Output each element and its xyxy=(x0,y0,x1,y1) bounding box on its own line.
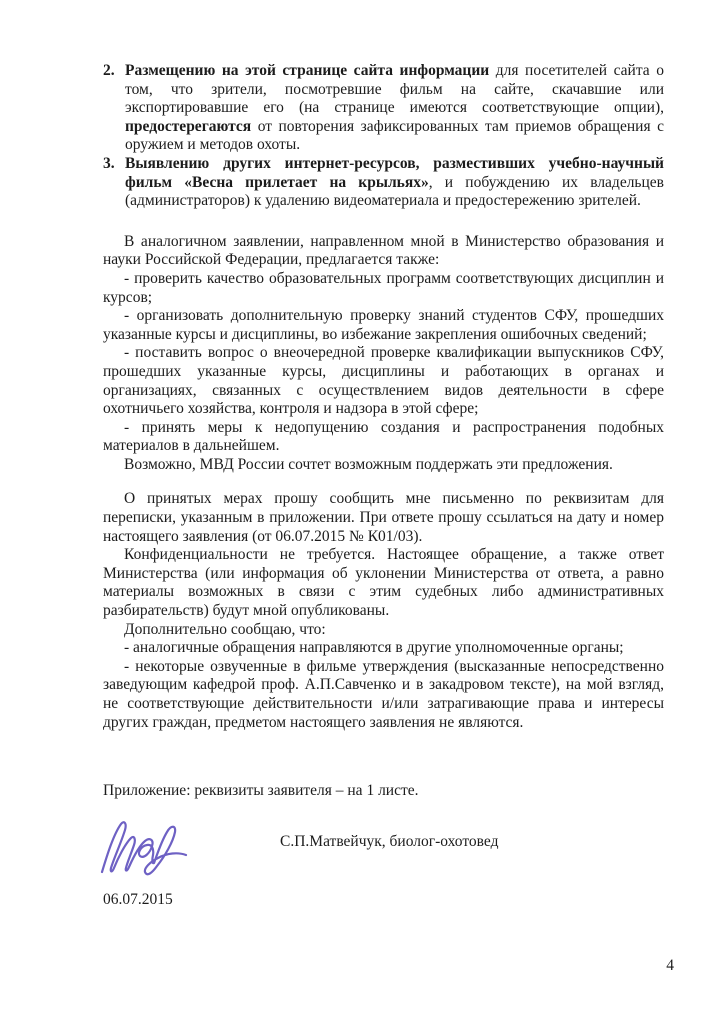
paragraph: - проверить качество образовательных про… xyxy=(103,270,664,307)
paragraph: - некоторые озвученные в фильме утвержде… xyxy=(103,658,664,732)
signature-ink xyxy=(97,815,197,881)
list-item-number: 3. xyxy=(103,155,125,174)
list-item-3: 3.Выявлению других интернет-ресурсов, ра… xyxy=(103,155,664,211)
list-item-bold-word: предостерегаются xyxy=(125,118,251,135)
list-item-number: 2. xyxy=(103,62,125,81)
document-date: 06.07.2015 xyxy=(103,891,664,910)
paragraph: Возможно, МВД России сочтет возможным по… xyxy=(103,456,664,475)
page-number: 4 xyxy=(666,957,674,975)
paragraph: Дополнительно сообщаю, что: xyxy=(103,621,664,640)
paragraph: В аналогичном заявлении, направленном мн… xyxy=(103,233,664,270)
signatory-name: С.П.Матвейчук, биолог-охотовед xyxy=(280,833,498,852)
signature-block: С.П.Матвейчук, биолог-охотовед xyxy=(103,813,664,891)
list-item-2: 2.Размещению на этой странице сайта инфо… xyxy=(103,62,664,155)
paragraph: - организовать дополнительную проверку з… xyxy=(103,307,664,344)
list-item-bold-lead: Размещению на этой странице сайта информ… xyxy=(125,62,489,79)
paragraph: - поставить вопрос о внеочередной провер… xyxy=(103,344,664,418)
paragraph: Конфиденциальности не требуется. Настоящ… xyxy=(103,546,664,620)
attachment-line: Приложение: реквизиты заявителя – на 1 л… xyxy=(103,782,664,801)
document-body: 2.Размещению на этой странице сайта инфо… xyxy=(103,62,664,909)
paragraph: - принять меры к недопущению создания и … xyxy=(103,419,664,456)
signature-stroke xyxy=(102,822,186,874)
paragraph: - аналогичные обращения направляются в д… xyxy=(103,639,664,658)
document-page: 2.Размещению на этой странице сайта инфо… xyxy=(0,0,724,1024)
paragraph: О принятых мерах прошу сообщить мне пись… xyxy=(103,490,664,546)
